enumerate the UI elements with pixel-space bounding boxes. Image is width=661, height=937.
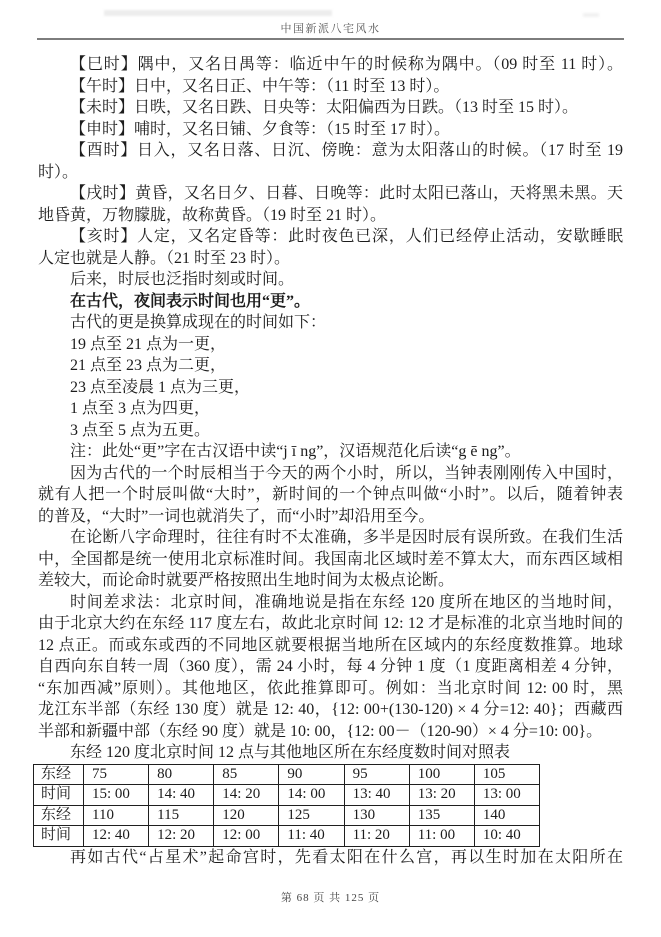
text-line: 地昏黄，万物朦胧，故称黄昏。（19 时至 21 时）。 — [38, 205, 623, 227]
value-cell: 140 — [474, 805, 539, 826]
text-line: 【亥时】人定，又名定昏等：此时夜色已深，人们已经停止活动，安歇睡眠了。 — [38, 226, 623, 248]
page-footer: 第 68 页 共 125 页 — [0, 889, 661, 905]
value-cell: 135 — [409, 805, 474, 826]
value-cell: 105 — [474, 764, 539, 785]
row-label-cell: 时间 — [34, 785, 84, 806]
table-row: 东经110115120125130135140 — [34, 805, 540, 826]
text-line: 【巳时】隅中，又名日禺等：临近中午的时候称为隅中。（09 时至 11 时）。 — [38, 54, 623, 76]
text-line: 【戌时】黄昏，又名日夕、日暮、日晚等：此时太阳已落山，天将黑未黑。天 — [38, 183, 623, 205]
text-line: 【午时】日中，又名日正、中午等：（11 时至 13 时）。 — [38, 76, 623, 98]
table-row: 东经7580859095100105 — [34, 764, 540, 785]
value-cell: 110 — [84, 805, 149, 826]
scan-artifact — [583, 13, 599, 17]
text-line: 【申时】哺时，又名日铺、夕食等：（15 时至 17 时）。 — [38, 119, 623, 141]
value-cell: 95 — [344, 764, 409, 785]
table-row: 时间12: 4012: 2012: 0011: 4011: 2011: 0010… — [34, 826, 540, 847]
value-cell: 115 — [149, 805, 214, 826]
row-label-cell: 东经 — [34, 805, 84, 826]
text-line: 【未时】日昳，又名日跌、日央等：太阳偏西为日跌。（13 时至 15 时）。 — [38, 97, 623, 119]
text-line: 1 点至 3 点为四更， — [38, 398, 623, 420]
value-cell: 12: 20 — [149, 826, 214, 847]
text-line: 人定也就是人静。（21 时至 23 时）。 — [38, 248, 623, 270]
text-line: 注：此处“更”字在古汉语中读“j ī ng”，汉语规范化后读“g ē ng”。 — [38, 441, 623, 463]
text-line: 3 点至 5 点为五更。 — [38, 420, 623, 442]
text-line: 在古代，夜间表示时间也用“更”。 — [38, 291, 623, 313]
text-line: 由于北京大约在东经 117 度左右，故此北京时间 12: 12 才是标准的北京当… — [38, 613, 623, 635]
text-line: 半部和新疆中部（东经 90 度）就是 10: 00，{12: 00－（120-9… — [38, 721, 623, 743]
text-line: 自西向东自转一周（360 度），需 24 小时，每 4 分钟 1 度（1 度距离… — [38, 656, 623, 678]
text-line: 的普及，“大时”一词也就消失了，而“小时”却沿用至今。 — [38, 506, 623, 528]
text-line: 19 点至 21 点为一更， — [38, 334, 623, 356]
value-cell: 11: 40 — [279, 826, 344, 847]
text-line: 古代的更是换算成现在的时间如下： — [38, 312, 623, 334]
text-line: 中，全国都是统一使用北京标准时间。我国南北区域时差不算太大，而东西区域相 — [38, 549, 623, 571]
text-line: “东加西减”原则）。其他地区，依此推算即可。例如：当北京时间 12: 00 时，… — [38, 678, 623, 700]
text-line: 23 点至凌晨 1 点为三更， — [38, 377, 623, 399]
document-page: 中国新派八宅风水 【巳时】隅中，又名日禺等：临近中午的时候称为隅中。（09 时至… — [0, 0, 661, 937]
value-cell: 14: 20 — [214, 785, 279, 806]
value-cell: 130 — [344, 805, 409, 826]
text-line: 东经 120 度北京时间 12 点与其他地区所在东经度数时间对照表 — [38, 742, 623, 764]
text-line: 差较大，而论命时就要严格按照出生地时间为太极点论断。 — [38, 570, 623, 592]
page-header-title: 中国新派八宅风水 — [0, 20, 661, 36]
text-line: 12 点正。而或东或西的不同地区就要根据当地所在区域内的东经度数推算。地球 — [38, 635, 623, 657]
text-line: 【酉时】日入，又名日落、日沉、傍晚：意为太阳落山的时候。（17 时至 19 — [38, 140, 623, 162]
value-cell: 80 — [149, 764, 214, 785]
value-cell: 100 — [409, 764, 474, 785]
table-row: 时间15: 0014: 4014: 2014: 0013: 4013: 2013… — [34, 785, 540, 806]
scan-artifact — [104, 10, 332, 16]
text-line: 龙江东半部（东经 130 度）就是 12: 40，{12: 00+(130-12… — [38, 699, 623, 721]
value-cell: 14: 40 — [149, 785, 214, 806]
value-cell: 85 — [214, 764, 279, 785]
text-line: 再如古代“占星术”起命宫时，先看太阳在什么宫，再以生时加在太阳所在 — [38, 847, 623, 869]
text-line: 时）。 — [38, 162, 623, 184]
text-line: 21 点至 23 点为二更， — [38, 355, 623, 377]
value-cell: 90 — [279, 764, 344, 785]
value-cell: 12: 00 — [214, 826, 279, 847]
text-line: 时间差求法：北京时间，准确地说是指在东经 120 度所在地区的当地时间， — [38, 592, 623, 614]
text-line: 就有人把一个时辰叫做“大时”，新时间的一个钟点叫做“小时”。以后，随着钟表 — [38, 484, 623, 506]
header-rule — [37, 38, 624, 40]
value-cell: 11: 20 — [344, 826, 409, 847]
row-label-cell: 东经 — [34, 764, 84, 785]
value-cell: 75 — [84, 764, 149, 785]
row-label-cell: 时间 — [34, 826, 84, 847]
value-cell: 13: 20 — [409, 785, 474, 806]
value-cell: 12: 40 — [84, 826, 149, 847]
text-line: 后来，时辰也泛指时刻或时间。 — [38, 269, 623, 291]
value-cell: 13: 00 — [474, 785, 539, 806]
page-body: 【巳时】隅中，又名日禺等：临近中午的时候称为隅中。（09 时至 11 时）。【午… — [38, 54, 623, 868]
value-cell: 10: 40 — [474, 826, 539, 847]
value-cell: 120 — [214, 805, 279, 826]
text-line: 在论断八字命理时，往往有时不太准确，多半是因时辰有误所致。在我们生活 — [38, 527, 623, 549]
value-cell: 15: 00 — [84, 785, 149, 806]
value-cell: 125 — [279, 805, 344, 826]
longitude-time-table: 东经7580859095100105时间15: 0014: 4014: 2014… — [33, 764, 540, 847]
text-line: 因为古代的一个时辰相当于今天的两个小时，所以，当钟表刚刚传入中国时， — [38, 463, 623, 485]
value-cell: 14: 00 — [279, 785, 344, 806]
value-cell: 13: 40 — [344, 785, 409, 806]
value-cell: 11: 00 — [409, 826, 474, 847]
